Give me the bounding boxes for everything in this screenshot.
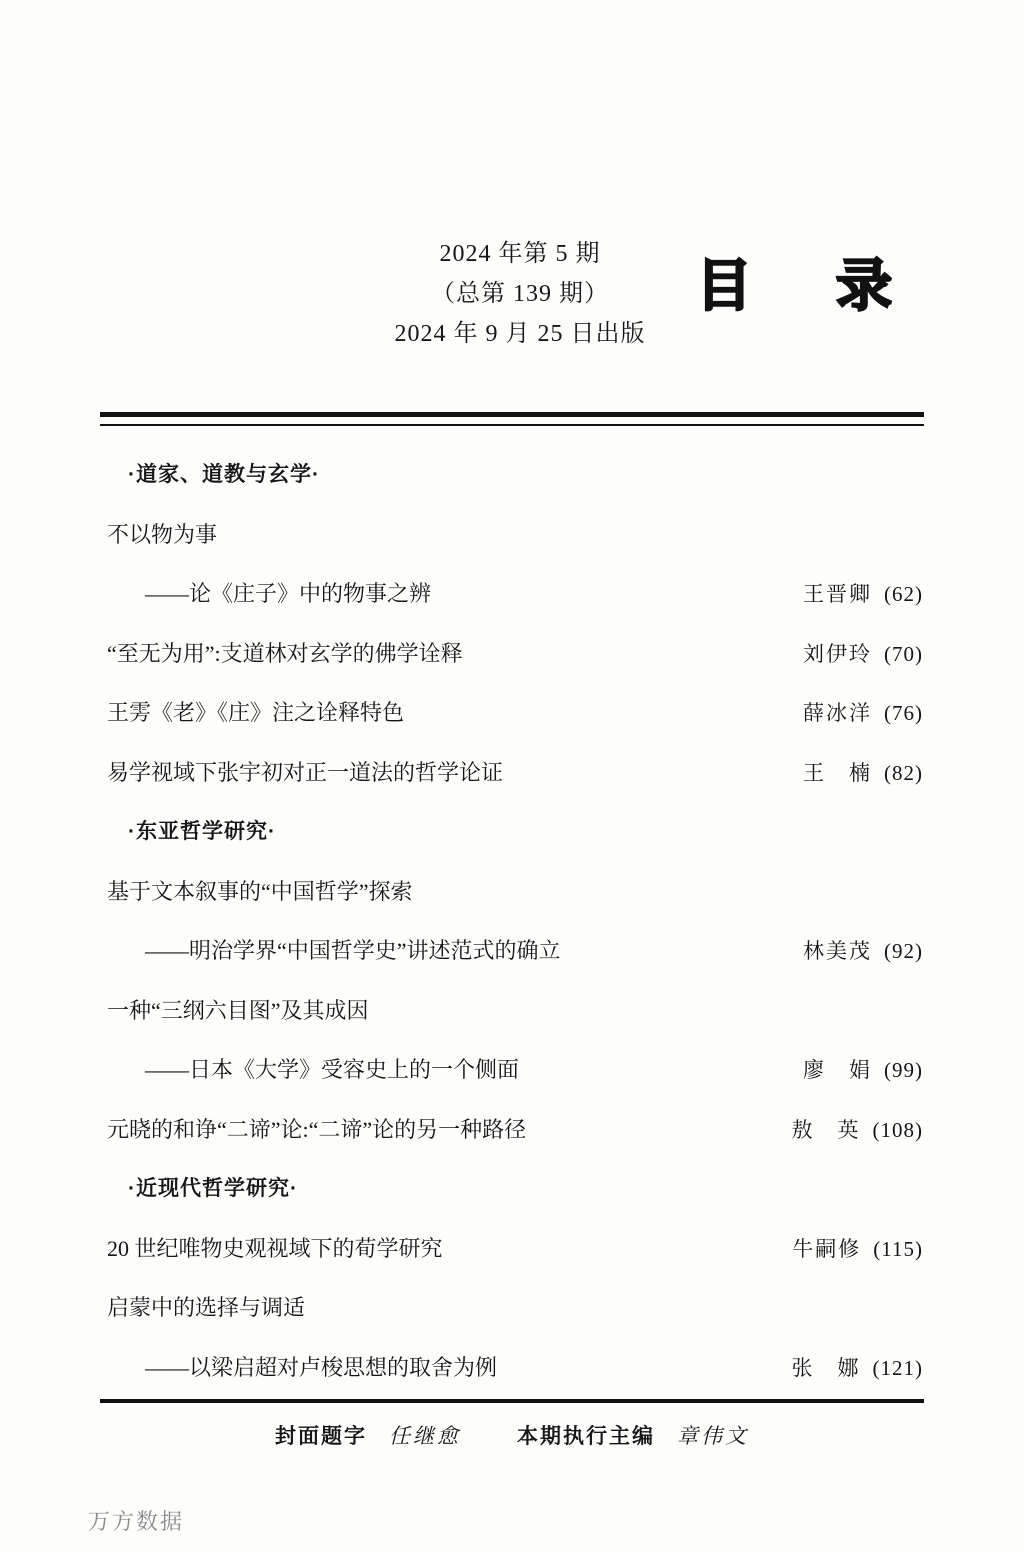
cumulative-issue: （总第 139 期）	[370, 274, 670, 314]
entry-meta: 林美茂 (92)	[803, 938, 923, 964]
toc-entry-subtitle: ——日本《大学》受容史上的一个侧面 廖 娟 (99)	[107, 1057, 923, 1117]
toc-entry-page: (76)	[884, 700, 923, 726]
toc-section-heading: ·东亚哲学研究·	[107, 819, 923, 879]
toc-entry-subtitle: ——以梁启超对卢梭思想的取舍为例 张 娜 (121)	[107, 1355, 923, 1415]
toc-entry: 王雱《老》《庄》注之诠释特色 薛冰洋 (76)	[107, 700, 923, 760]
entry-meta: 薛冰洋 (76)	[803, 700, 923, 726]
entry-title-text: 20 世纪唯物史观视域下的荀学研究	[107, 1236, 443, 1262]
entry-meta: 王晋卿 (62)	[803, 581, 923, 607]
toc-entry-page: (108)	[873, 1117, 924, 1143]
toc-entry-title: 一种“三纲六目图”及其成因	[107, 998, 923, 1058]
wanfang-watermark: 万方数据	[88, 1505, 184, 1536]
toc-list: ·道家、道教与玄学· 不以物为事 ——论《庄子》中的物事之辨 王晋卿 (62) …	[107, 462, 923, 1414]
section-heading-text: ·近现代哲学研究·	[107, 1176, 298, 1202]
toc-entry-subtitle: ——明治学界“中国哲学史”讲述范式的确立 林美茂 (92)	[107, 938, 923, 998]
toc-entry-author: 林美茂	[803, 938, 872, 964]
toc-entry-author: 牛嗣修	[792, 1236, 861, 1262]
entry-title-text: 启蒙中的选择与调适	[107, 1295, 305, 1321]
entry-title-text: 一种“三纲六目图”及其成因	[107, 998, 369, 1024]
entry-title-text: 基于文本叙事的“中国哲学”探索	[107, 879, 413, 905]
toc-entry-title: 启蒙中的选择与调适	[107, 1295, 923, 1355]
toc-entry: 易学视域下张宇初对正一道法的哲学论证 王 楠 (82)	[107, 760, 923, 820]
header-rule-thin	[100, 424, 924, 426]
toc-entry-title: 基于文本叙事的“中国哲学”探索	[107, 879, 923, 939]
executive-editor-label: 本期执行主编	[517, 1425, 655, 1448]
issue-info: 2024 年第 5 期 （总第 139 期） 2024 年 9 月 25 日出版	[370, 234, 670, 354]
executive-editor-name: 章伟文	[677, 1424, 749, 1448]
entry-subtitle-text: ——论《庄子》中的物事之辨	[107, 581, 431, 607]
journal-toc-page: 2024 年第 5 期 （总第 139 期） 2024 年 9 月 25 日出版…	[0, 0, 1024, 1552]
toc-entry-author: 张 娜	[792, 1355, 861, 1381]
toc-entry-author: 王 楠	[803, 760, 872, 786]
entry-title-text: “至无为用”:支道林对玄学的佛学诠释	[107, 641, 463, 667]
issue-number: 2024 年第 5 期	[370, 234, 670, 274]
entry-meta: 王 楠 (82)	[803, 760, 923, 786]
entry-title-text: 不以物为事	[107, 522, 217, 548]
toc-entry: “至无为用”:支道林对玄学的佛学诠释 刘伊玲 (70)	[107, 641, 923, 701]
toc-entry-page: (115)	[873, 1236, 923, 1262]
cover-calligraphy-name: 任继愈	[389, 1424, 461, 1448]
toc-entry: 元晓的和诤“二谛”论:“二谛”论的另一种路径 敖 英 (108)	[107, 1117, 923, 1177]
toc-entry-page: (92)	[884, 938, 923, 964]
toc-entry-page: (70)	[884, 641, 923, 667]
entry-meta: 牛嗣修 (115)	[792, 1236, 923, 1262]
toc-entry-author: 廖 娟	[803, 1057, 872, 1083]
cover-calligraphy-label: 封面题字	[275, 1425, 367, 1448]
entry-meta: 敖 英 (108)	[792, 1117, 924, 1143]
entry-subtitle-text: ——以梁启超对卢梭思想的取舍为例	[107, 1355, 497, 1381]
entry-title-text: 王雱《老》《庄》注之诠释特色	[107, 700, 404, 726]
entry-meta: 廖 娟 (99)	[803, 1057, 923, 1083]
toc-title: 目 录	[696, 256, 906, 316]
toc-entry-subtitle: ——论《庄子》中的物事之辨 王晋卿 (62)	[107, 581, 923, 641]
toc-entry-author: 敖 英	[792, 1117, 861, 1143]
toc-entry-page: (82)	[884, 760, 923, 786]
toc-entry-author: 刘伊玲	[803, 641, 872, 667]
toc-entry-page: (99)	[884, 1057, 923, 1083]
toc-entry-author: 薛冰洋	[803, 700, 872, 726]
entry-meta: 张 娜 (121)	[792, 1355, 924, 1381]
footer-credits: 封面题字任继愈本期执行主编章伟文	[0, 1424, 1024, 1449]
entry-subtitle-text: ——明治学界“中国哲学史”讲述范式的确立	[107, 938, 561, 964]
footer-rule	[100, 1399, 924, 1403]
entry-title-text: 元晓的和诤“二谛”论:“二谛”论的另一种路径	[107, 1117, 526, 1143]
toc-entry-author: 王晋卿	[803, 581, 872, 607]
section-heading-text: ·道家、道教与玄学·	[107, 462, 320, 488]
entry-title-text: 易学视域下张宇初对正一道法的哲学论证	[107, 760, 503, 786]
toc-entry-page: (62)	[884, 581, 923, 607]
toc-section-heading: ·近现代哲学研究·	[107, 1176, 923, 1236]
toc-entry-title: 不以物为事	[107, 522, 923, 582]
entry-meta: 刘伊玲 (70)	[803, 641, 923, 667]
toc-entry: 20 世纪唯物史观视域下的荀学研究 牛嗣修 (115)	[107, 1236, 923, 1296]
toc-section-heading: ·道家、道教与玄学·	[107, 462, 923, 522]
publish-date: 2024 年 9 月 25 日出版	[370, 314, 670, 354]
toc-entry-page: (121)	[873, 1355, 924, 1381]
section-heading-text: ·东亚哲学研究·	[107, 819, 276, 845]
entry-subtitle-text: ——日本《大学》受容史上的一个侧面	[107, 1057, 519, 1083]
header-rule-thick	[100, 412, 924, 417]
